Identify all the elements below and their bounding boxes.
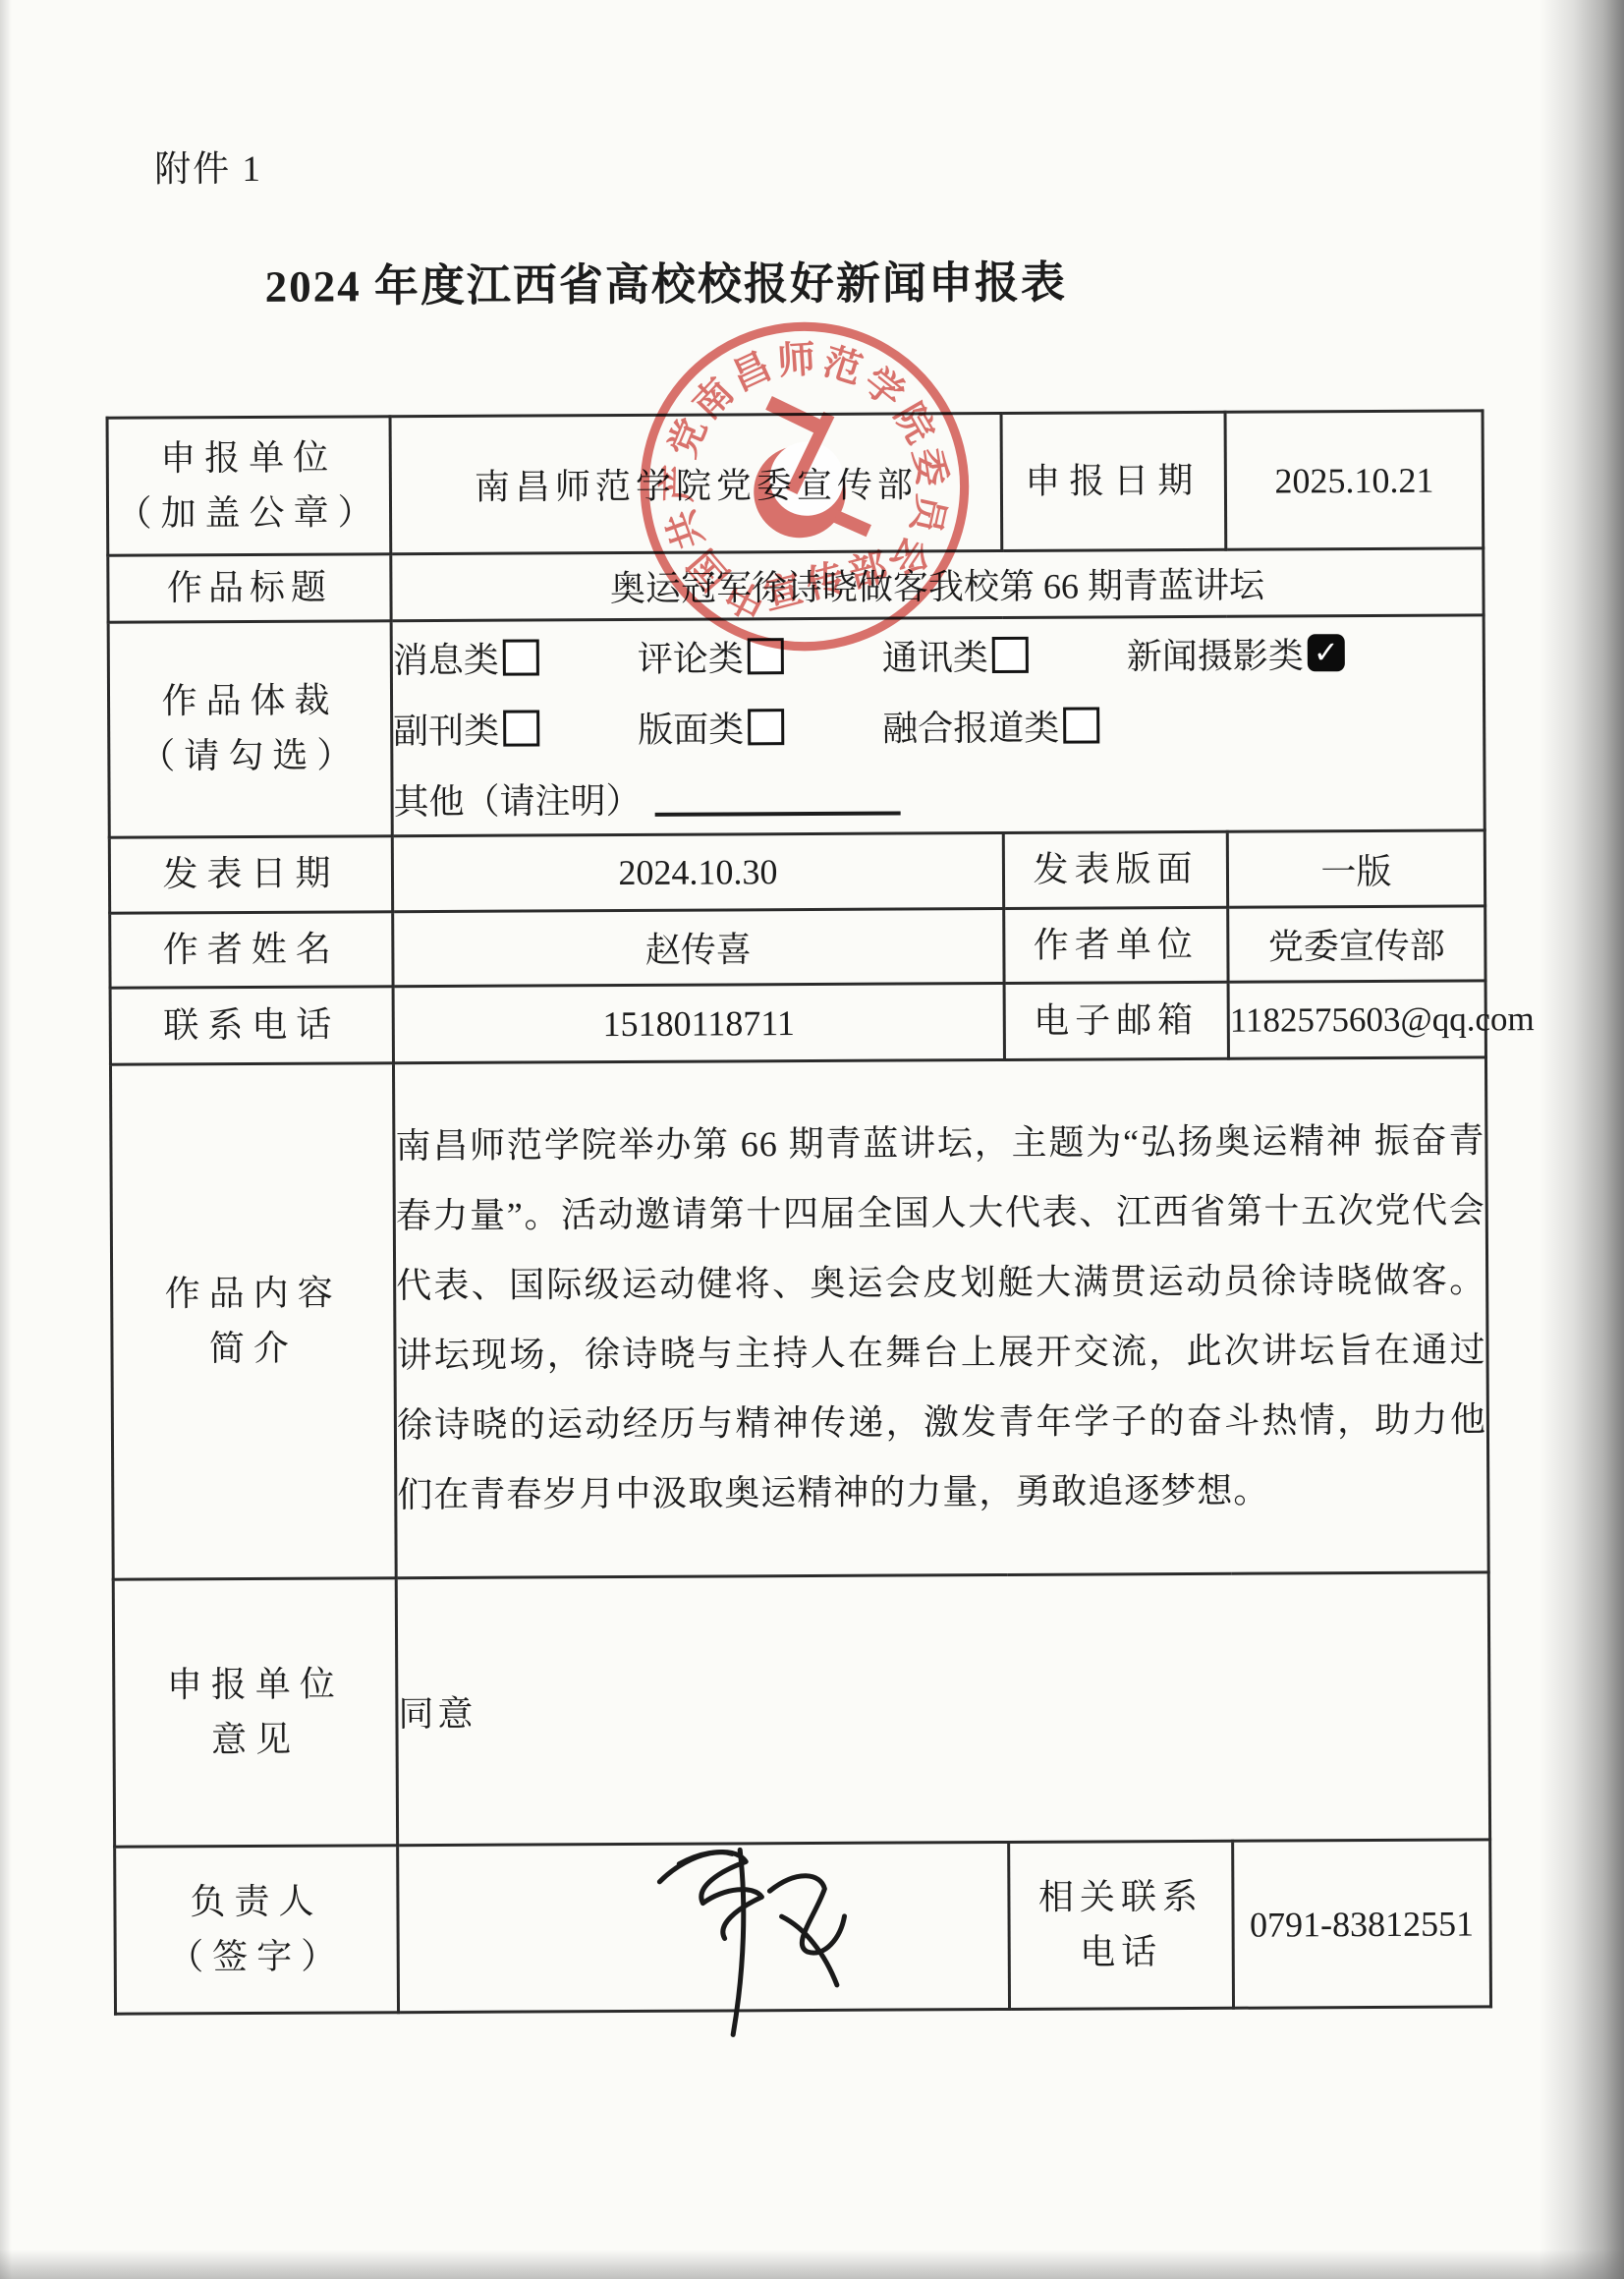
genre-option-label: 消息类 — [393, 632, 499, 683]
opinion-sublabel: 意见 — [115, 1712, 395, 1768]
genre-line-other: 其他（请注明） — [393, 758, 1483, 834]
checkbox-icon — [503, 639, 539, 675]
declare-unit-label-cell: 申报单位 （加盖公章） — [107, 417, 391, 556]
row-opinion: 申报单位 意见 同意 — [113, 1572, 1489, 1847]
summary-text: 南昌师范学院举办第 66 期青蓝讲坛，主题为“弘扬奥运精神 振奋青春力量”。活动… — [393, 1057, 1488, 1578]
genre-options-cell: 消息类 评论类 通讯类 新闻摄影类 副刊类 版面类 融合报道类 其他（请注明） — [391, 615, 1484, 836]
genre-option-label: 副刊类 — [393, 703, 499, 754]
genre-option-converged: 融合报道类 — [882, 700, 1099, 751]
attachment-label: 附件 1 — [154, 139, 262, 193]
svg-text:昌: 昌 — [726, 346, 778, 399]
row-summary: 作品内容 简介 南昌师范学院举办第 66 期青蓝讲坛，主题为“弘扬奥运精神 振奋… — [110, 1057, 1488, 1579]
row-phone-email: 联系电话 15180118711 电子邮箱 1182575603@qq.com — [110, 981, 1485, 1064]
author-unit-value: 党委宣传部 — [1228, 906, 1485, 982]
genre-label-cell: 作品体裁 （请勾选） — [108, 621, 392, 838]
checkbox-icon — [748, 709, 784, 745]
summary-label: 作品内容 — [113, 1266, 393, 1322]
row-author: 作者姓名 赵传喜 作者单位 党委宣传部 — [110, 906, 1485, 988]
genre-option-label: 版面类 — [638, 702, 744, 753]
phone-label: 联系电话 — [110, 987, 393, 1065]
checkbox-icon — [1063, 707, 1099, 743]
work-title-label: 作品标题 — [108, 554, 391, 623]
genre-option-label: 新闻摄影类 — [1127, 628, 1304, 679]
summary-label-cell: 作品内容 简介 — [110, 1063, 396, 1580]
contact-phone-value: 0791-83812551 — [1233, 1840, 1491, 2008]
row-publish-date: 发表日期 2024.10.30 发表版面 一版 — [109, 830, 1484, 913]
opinion-label-cell: 申报单位 意见 — [113, 1578, 397, 1848]
signer-label: 负责人 — [116, 1874, 396, 1930]
declare-unit-sublabel: （加盖公章） — [109, 485, 389, 541]
svg-text:范: 范 — [818, 340, 868, 392]
signer-label-cell: 负责人 （签字） — [115, 1846, 399, 2015]
opinion-label: 申报单位 — [115, 1657, 395, 1713]
checkbox-icon — [992, 636, 1029, 672]
declare-date-label: 申报日期 — [1001, 412, 1226, 550]
genre-sublabel: （请勾选） — [110, 728, 390, 784]
declare-unit-label: 申报单位 — [109, 430, 389, 486]
publish-page-value: 一版 — [1227, 830, 1484, 907]
genre-label: 作品体裁 — [110, 673, 390, 729]
genre-line-2: 副刊类 版面类 融合报道类 — [393, 687, 1483, 764]
author-name-label: 作者姓名 — [110, 912, 393, 989]
svg-text:委: 委 — [906, 445, 953, 489]
hammer-sickle-icon — [731, 380, 874, 561]
contact-label: 相关联系 — [1010, 1869, 1231, 1925]
genre-option-label: 融合报道类 — [882, 700, 1059, 751]
email-value: 1182575603@qq.com — [1228, 981, 1485, 1058]
svg-text:国: 国 — [682, 541, 738, 598]
opinion-value: 同意 — [396, 1572, 1489, 1846]
svg-text:产: 产 — [657, 464, 700, 503]
scan-edge-left — [0, 0, 12, 2279]
sheet-content: 附件 1 2024 年度江西省高校校报好新闻申报表 申报单位 （加盖公章） 南昌… — [0, 0, 1624, 2279]
svg-text:共: 共 — [659, 504, 712, 554]
publish-date-value: 2024.10.30 — [392, 832, 1003, 911]
genre-option-news-photo: 新闻摄影类 — [1127, 628, 1345, 679]
checkbox-icon — [503, 710, 539, 746]
handwritten-signature — [616, 1820, 892, 2062]
publish-page-label: 发表版面 — [1003, 831, 1227, 908]
scan-edge-bottom — [0, 2250, 1624, 2279]
publish-date-label: 发表日期 — [109, 836, 392, 914]
svg-text:员: 员 — [902, 490, 951, 540]
signer-sublabel: （签字） — [117, 1929, 397, 1985]
contact-label-cell: 相关联系 电话 — [1009, 1841, 1234, 2009]
contact-sublabel: 电话 — [1011, 1924, 1232, 1980]
declare-date-value: 2025.10.21 — [1225, 411, 1484, 549]
genre-option-supplement: 副刊类 — [393, 703, 539, 754]
genre-other-label: 其他（请注明） — [393, 772, 641, 824]
email-label: 电子邮箱 — [1004, 982, 1228, 1059]
genre-option-layout: 版面类 — [638, 702, 784, 753]
phone-value: 15180118711 — [393, 983, 1004, 1062]
author-name-value: 赵传喜 — [393, 908, 1004, 986]
summary-sublabel: 简介 — [113, 1321, 393, 1377]
author-unit-label: 作者单位 — [1004, 907, 1228, 983]
svg-text:师: 师 — [776, 338, 816, 382]
seal-bottom-text: 宣传部 — [759, 544, 898, 618]
genre-option-message: 消息类 — [393, 632, 539, 683]
scan-edge-right — [1540, 0, 1624, 2279]
blank-underline — [654, 778, 900, 817]
checkbox-checked-icon — [1308, 634, 1345, 671]
form-title: 2024 年度江西省高校校报好新闻申报表 — [0, 245, 1337, 315]
scanned-document-page: 附件 1 2024 年度江西省高校校报好新闻申报表 申报单位 （加盖公章） 南昌… — [0, 0, 1624, 2279]
